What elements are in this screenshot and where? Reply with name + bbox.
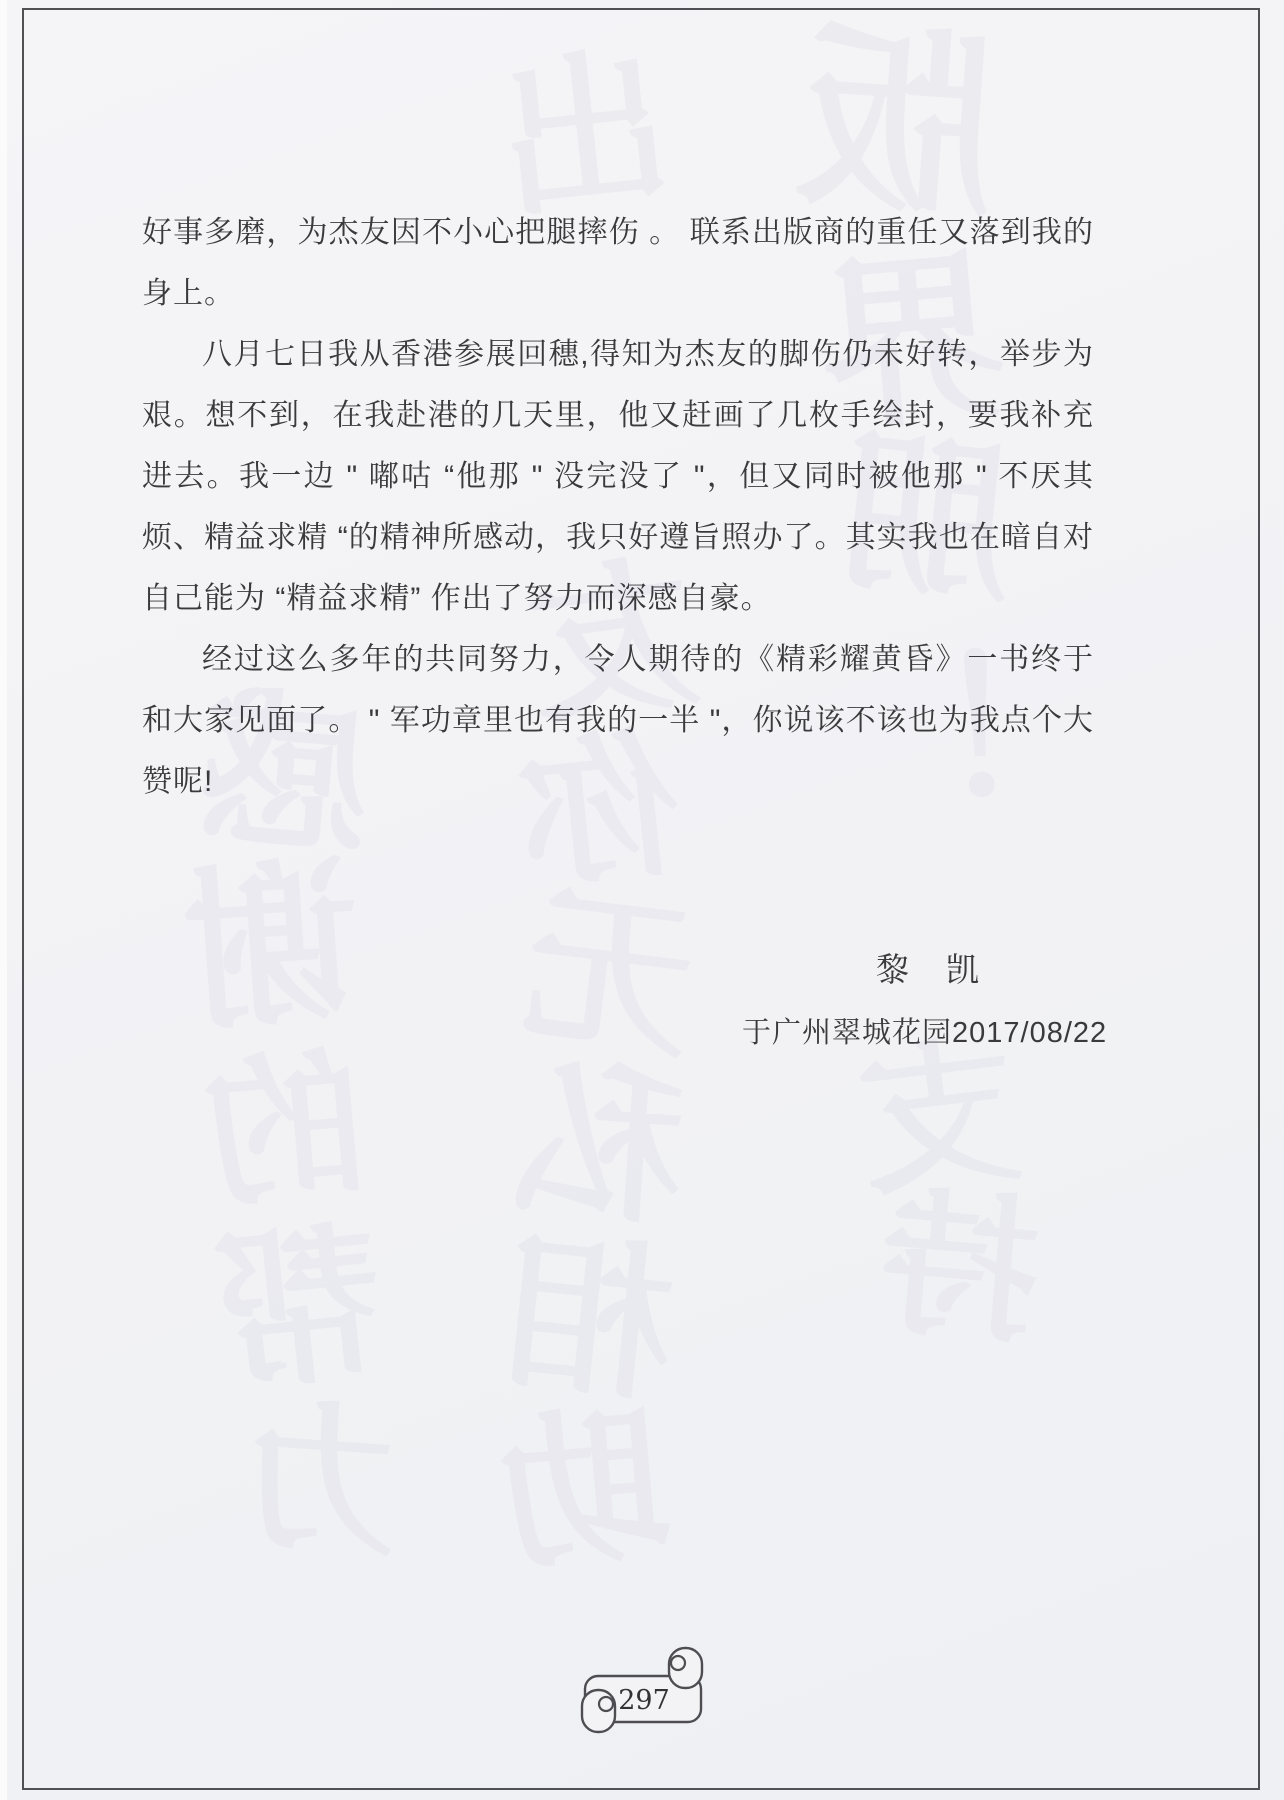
watermark-glyph: 无 <box>515 880 702 1067</box>
watermark-glyph: 谢 <box>179 854 366 1041</box>
watermark-glyph: 持 <box>873 1183 1044 1354</box>
paragraph-1: 好事多磨，为杰友因不小心把腿摔伤 。 联系出版商的重任又落到我的身上。 <box>142 202 1094 324</box>
signature-name: 黎 凯 <box>876 944 981 991</box>
watermark-glyph: 相 <box>497 1227 682 1412</box>
paragraph-2: 八月七日我从香港参展回穗,得知为杰友的脚伤仍未好转，举步为艰。想不到，在我赴港的… <box>142 324 1094 629</box>
page-number-banner: 297 <box>570 1634 720 1738</box>
page-number: 297 <box>618 1685 670 1716</box>
paragraph-3: 经过这么多年的共同努力，令人期待的《精彩耀黄昏》一书终于和大家见面了。 " 军功… <box>142 629 1094 812</box>
watermark-glyph: 出 <box>492 42 679 229</box>
watermark-glyph: 力 <box>235 1395 406 1566</box>
watermark-glyph: 的 <box>198 1043 371 1216</box>
watermark-glyph: 版 <box>793 18 1001 226</box>
body-text: 好事多磨，为杰友因不小心把腿摔伤 。 联系出版商的重任又落到我的身上。 八月七日… <box>142 202 1094 812</box>
watermark-glyph: 支 <box>851 1031 1027 1207</box>
book-page: 出版界朋友！感你谢无的私支持帮相助力 好事多磨，为杰友因不小心把腿摔伤 。 联系… <box>0 0 1284 1800</box>
watermark-glyph: 私 <box>509 1054 688 1233</box>
scroll-banner-icon: 297 <box>570 1634 720 1738</box>
signature-dateline: 于广州翠城花园2017/08/22 <box>742 1010 1107 1051</box>
watermark-glyph: 帮 <box>207 1217 392 1402</box>
watermark-glyph: 助 <box>493 1398 675 1580</box>
